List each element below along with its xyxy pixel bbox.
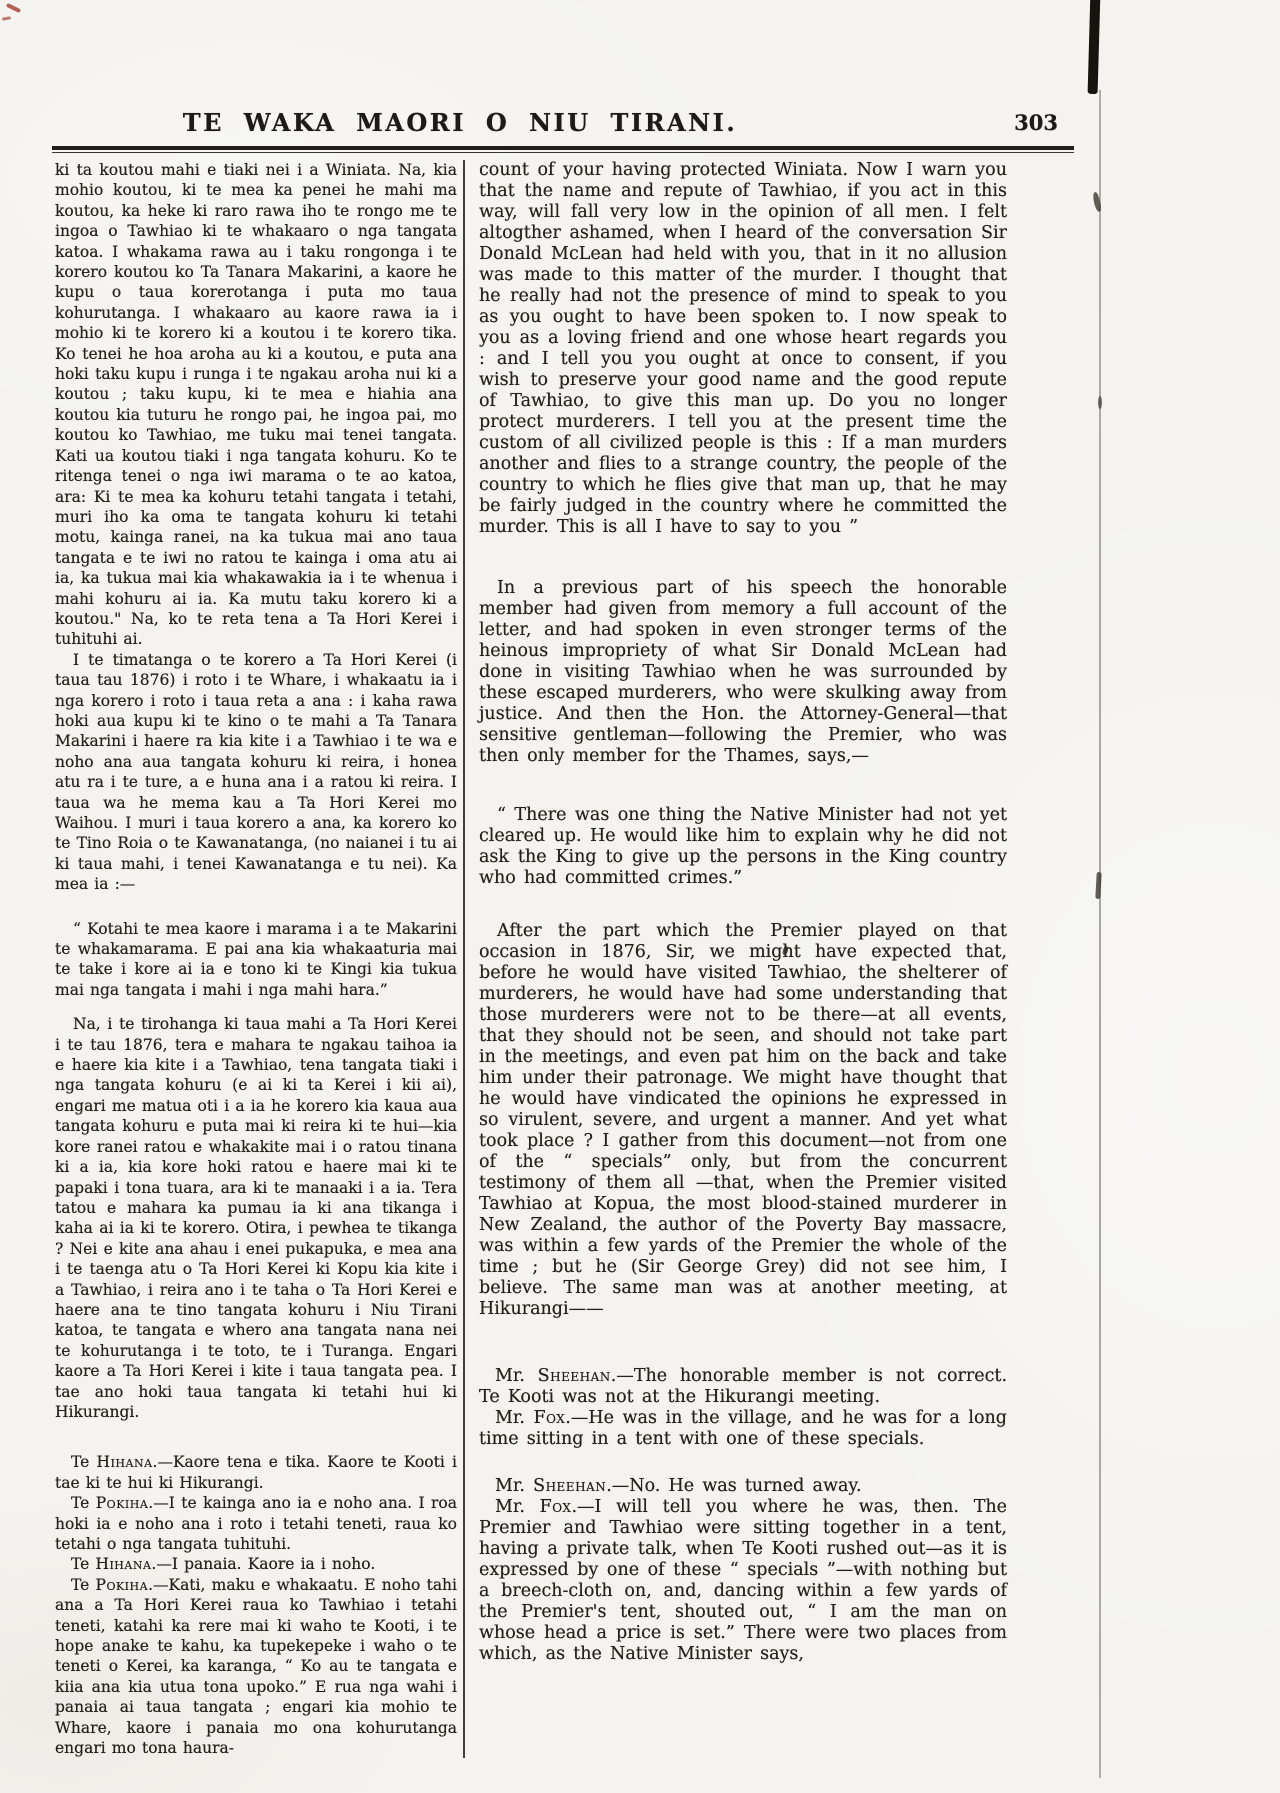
dialog-text: .—No. He was turned away. [606, 1476, 861, 1496]
dialog-paragraph: Mr. Sheehan.—The honorable member is not… [479, 1366, 1007, 1408]
paragraph: ki ta koutou mahi e tiaki nei i a Winiat… [55, 160, 457, 650]
speaker-name: Pokiha [96, 1576, 149, 1594]
page-number: 303 [1014, 110, 1058, 135]
speaker-name: Fox [540, 1497, 572, 1517]
text-columns: ki ta koutou mahi e tiaki nei i a Winiat… [55, 160, 1070, 1758]
dialog-paragraph: Te Hihana.—Kaore tena e tika. Kaore te K… [55, 1452, 457, 1493]
red-ink-speck [6, 3, 21, 13]
column-left-maori: ki ta koutou mahi e tiaki nei i a Winiat… [55, 160, 457, 1758]
speaker-name: Sheehan [538, 1366, 611, 1386]
speaker-prefix: Te [71, 1453, 97, 1471]
dialog-paragraph: Te Pokiha.—Kati, maku e whakaatu. E noho… [55, 1575, 457, 1759]
dialog-paragraph: Mr. Fox.—I will tell you where he was, t… [479, 1497, 1007, 1665]
speaker-name: Hihana [95, 1555, 151, 1573]
dialog-paragraph: Te Hihana.—I panaia. Kaore ia i noho. [55, 1554, 457, 1574]
quote-paragraph: “ There was one thing the Native Ministe… [479, 805, 1007, 889]
paragraph: Na, i te tirohanga ki taua mahi a Ta Hor… [55, 1014, 457, 1422]
scan-corner-mark [1088, 0, 1101, 94]
speaker-name: Hihana [97, 1453, 153, 1471]
paragraph: After the part which the Premier played … [479, 921, 1007, 1320]
speaker-prefix: Te [71, 1555, 95, 1573]
paragraph: count of your having protected Winiata. … [479, 160, 1007, 538]
speaker-name: Sheehan [533, 1476, 606, 1496]
column-divider [463, 160, 465, 1758]
speaker-prefix: Mr. [495, 1408, 533, 1428]
header-rule [52, 146, 1074, 153]
masthead-title: TE WAKA MAORI O NIU TIRANI. [55, 108, 865, 137]
dialog-text: .—Kati, maku e whakaatu. E noho tahi ana… [55, 1576, 457, 1757]
quote-paragraph: “ Kotahi te mea kaore i marama i a te Ma… [55, 919, 457, 1001]
dialog-paragraph: Mr. Fox.—He was in the village, and he w… [479, 1408, 1007, 1450]
speaker-prefix: Mr. [495, 1366, 538, 1386]
dialog-paragraph: Mr. Sheehan.—No. He was turned away. [479, 1476, 1007, 1497]
dialog-paragraph: Te Pokiha.—I te kainga ano ia e noho ana… [55, 1493, 457, 1554]
speaker-prefix: Te [71, 1494, 96, 1512]
red-ink-speck [2, 16, 11, 21]
speaker-prefix: Mr. [495, 1497, 540, 1517]
dialog-text: .—I panaia. Kaore ia i noho. [151, 1555, 375, 1573]
speaker-name: Fox [533, 1408, 565, 1428]
speaker-prefix: Mr. [495, 1476, 533, 1496]
speaker-name: Pokiha [96, 1494, 149, 1512]
dialog-text: .—I will tell you where he was, then. Th… [479, 1497, 1007, 1664]
newspaper-page: TE WAKA MAORI O NIU TIRANI. 303 ki ta ko… [0, 0, 1280, 1793]
paragraph: In a previous part of his speech the hon… [479, 578, 1007, 767]
paragraph: I te timatanga o te korero a Ta Hori Ker… [55, 650, 457, 895]
masthead: TE WAKA MAORI O NIU TIRANI. 303 [55, 104, 1070, 144]
scan-edge-line [1099, 90, 1101, 1778]
column-right-english: count of your having protected Winiata. … [479, 160, 1007, 1758]
scan-edge-mark [1098, 396, 1102, 409]
speaker-prefix: Te [71, 1576, 96, 1594]
